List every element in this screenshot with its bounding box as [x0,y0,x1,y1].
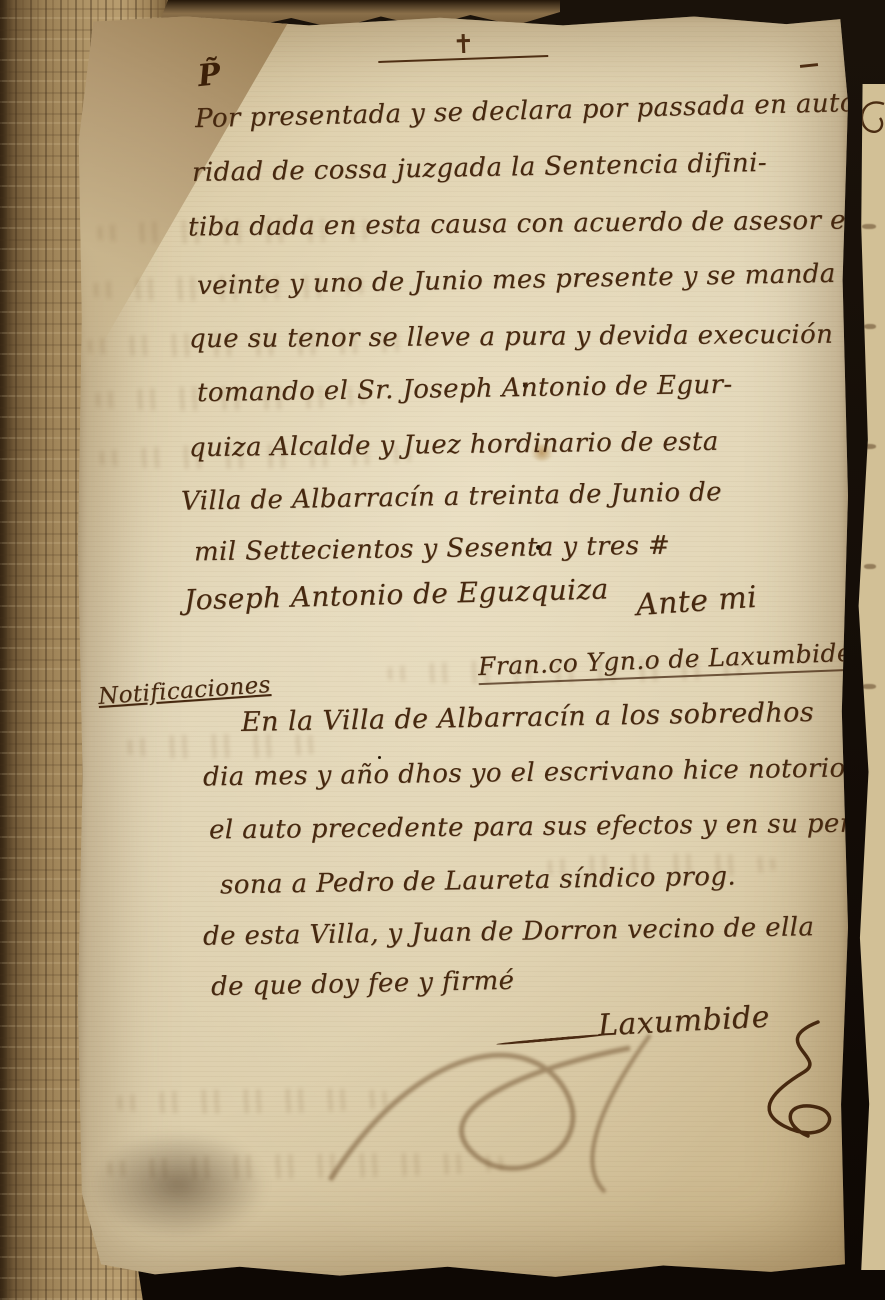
manuscript-line: mil Settecientos y Sesenta y tres # [194,531,671,568]
manuscript-line: Villa de Albarracín a treinta de Junio d… [181,477,722,516]
opening-abbreviation-mark: P̃ [196,57,222,94]
manuscript-line: el auto precedente para sus efectos y en… [209,809,862,846]
adjacent-page-ink-mark [864,564,876,569]
invocation-cross-mark: ✝ [378,39,549,63]
ink-speck [378,756,381,759]
manuscript-line: En la Villa de Albarracín a los sobredho… [241,697,815,738]
manuscript-line: ridad de cossa juzgada la Sentencia difi… [192,148,767,188]
cross-glyph: ✝ [452,30,475,61]
manuscript-line: dia mes y año dhos yo el escrivano hice … [203,754,846,793]
manuscript-line: que su tenor se lleve a pura y devida ex… [189,320,833,354]
adjacent-page-ink-mark [862,684,876,689]
manuscript-line: quiza Alcalde y Juez hordinario de esta [189,427,719,463]
margin-dash-mark [800,63,818,68]
photograph-of-manuscript: ✝ P̃ Por presentada y se declara por pas… [0,0,885,1300]
manuscript-line: de que doy fee y firmé [211,966,515,1002]
adjacent-page-ink-flourish [854,92,885,182]
notary-rubric-flourish [726,1014,856,1164]
manuscript-line: Por presentada y se declara por passada … [195,88,866,134]
manuscript-line: veinte y uno de Junio mes presente y se … [197,259,836,301]
adjacent-page-ink-mark [862,224,876,229]
manuscript-line: de esta Villa, y Juan de Dorron vecino d… [203,912,815,952]
judge-signature: Joseph Antonio de Eguzquiza [184,572,609,616]
manuscript-page: ✝ P̃ Por presentada y se declara por pas… [78,14,848,1282]
manuscript-line: sona a Pedro de Laureta síndico prog. [220,861,737,900]
ante-mi-formula: Ante mi [635,580,758,623]
margin-note-notificaciones: Notificaciones [97,672,271,710]
binding-smudge [88,1130,268,1240]
adjacent-page-ink-mark [864,324,876,329]
adjacent-page-ink-mark [861,444,876,449]
adjacent-page-edge [852,84,885,1270]
manuscript-line: tomando el Sr. Joseph Antonio de Egur- [197,370,733,408]
manuscript-line: tiba dada en esta causa con acuerdo de a… [188,205,863,242]
